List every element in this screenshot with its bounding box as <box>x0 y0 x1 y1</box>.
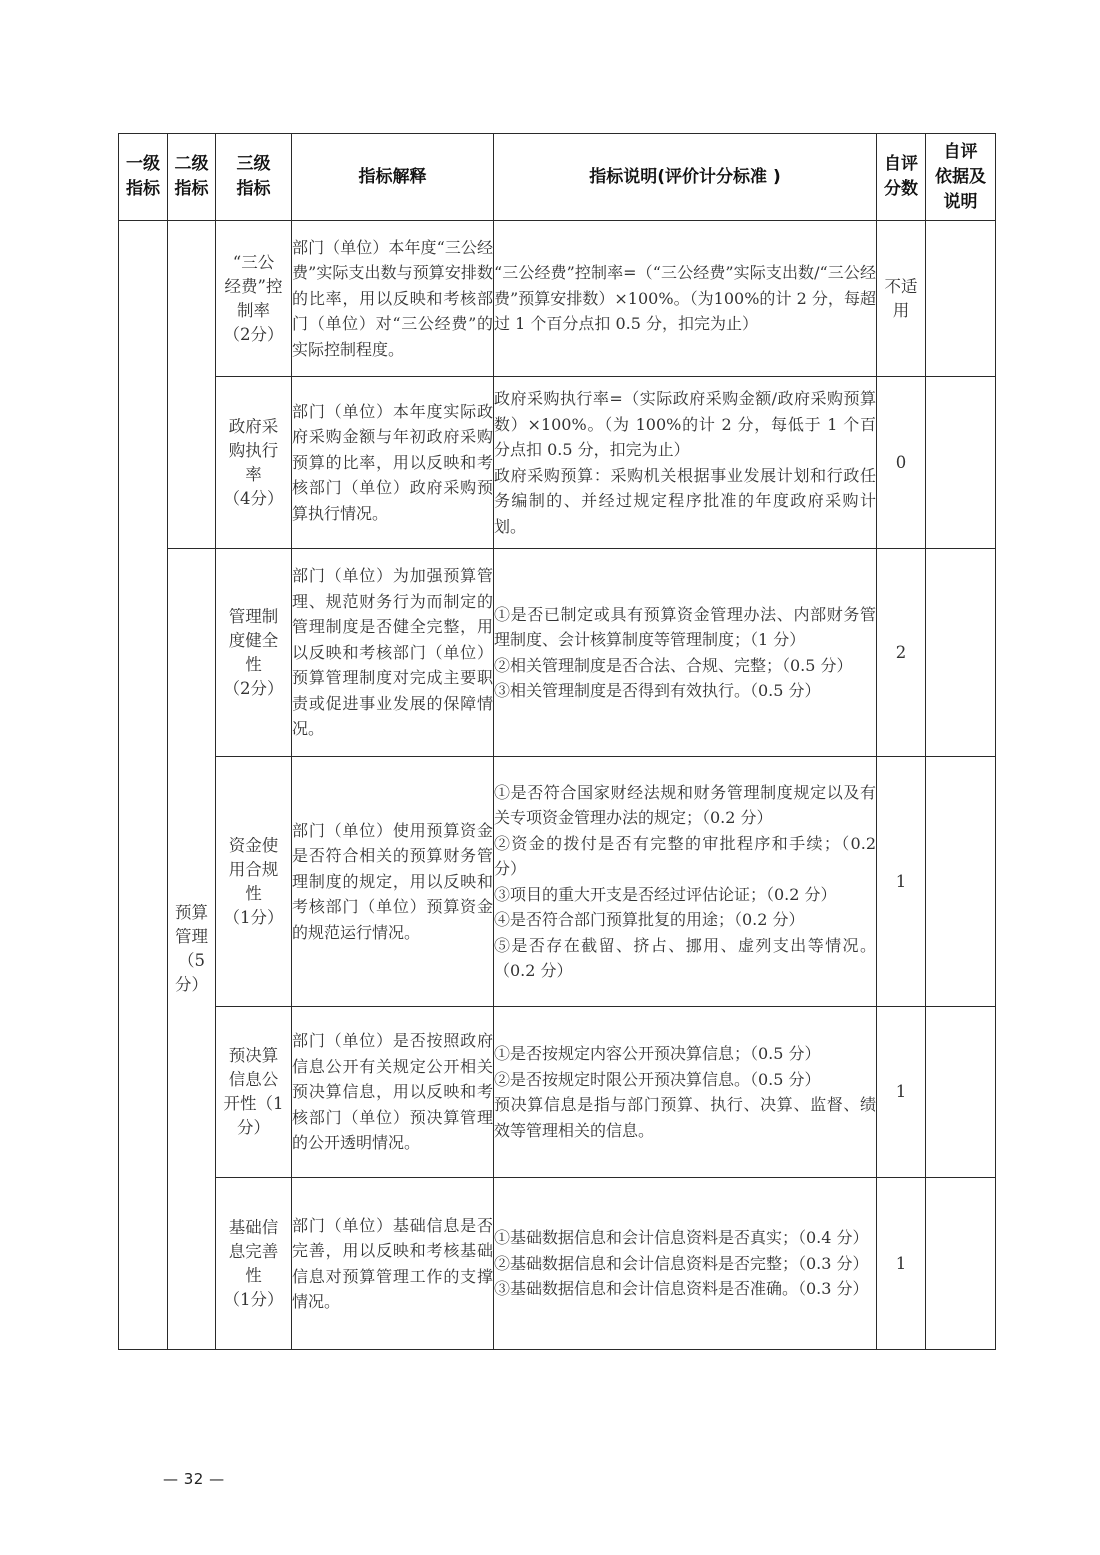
explanation-cell: 部门（单位）本年度“三公经费”实际支出数与预算安排数的比率，用以反映和考核部门（… <box>292 221 494 377</box>
criteria-cell: ①是否已制定或具有预算资金管理办法、内部财务管理制度、会计核算制度等管理制度；（… <box>494 549 877 757</box>
header-level3-indicator: 三级 指标 <box>216 134 292 221</box>
explanation-cell: 部门（单位）使用预算资金是否符合相关的预算财务管理制度的规定，用以反映和考核部门… <box>292 757 494 1007</box>
explanation-cell: 部门（单位）为加强预算管理、规范财务行为而制定的管理制度是否健全完整，用以反映和… <box>292 549 494 757</box>
basis-cell <box>926 1178 996 1350</box>
basis-cell <box>926 1007 996 1178</box>
table-row: 预决算 信息公 开性（1 分） 部门（单位）是否按照政府信息公开有关规定公开相关… <box>119 1007 996 1178</box>
header-explanation: 指标解释 <box>292 134 494 221</box>
level3-cell: 基础信 息完善 性 （1分） <box>216 1178 292 1350</box>
header-level1-indicator: 一级 指标 <box>119 134 168 221</box>
explanation-cell: 部门（单位）本年度实际政府采购金额与年初政府采购预算的比率，用以反映和考核部门（… <box>292 377 494 549</box>
score-cell: 2 <box>877 549 926 757</box>
evaluation-table: 一级 指标 二级 指标 三级 指标 指标解释 指标说明(评价计分标准 ) 自评 … <box>118 133 996 1350</box>
criteria-cell: ①是否按规定内容公开预决算信息；（0.5 分） ②是否按规定时限公开预决算信息。… <box>494 1007 877 1178</box>
score-cell: 0 <box>877 377 926 549</box>
table-row: 预算 管理 （5 分） 管理制 度健全 性 （2分） 部门（单位）为加强预算管理… <box>119 549 996 757</box>
header-self-basis: 自评 依据及 说明 <box>926 134 996 221</box>
header-row: 一级 指标 二级 指标 三级 指标 指标解释 指标说明(评价计分标准 ) 自评 … <box>119 134 996 221</box>
criteria-cell: 政府采购执行率=（实际政府采购金额/政府采购预算数）×100%。（为 100%的… <box>494 377 877 549</box>
header-level2-indicator: 二级 指标 <box>168 134 216 221</box>
table-row: 资金使 用合规 性 （1分） 部门（单位）使用预算资金是否符合相关的预算财务管理… <box>119 757 996 1007</box>
basis-cell <box>926 757 996 1007</box>
level3-cell: 预决算 信息公 开性（1 分） <box>216 1007 292 1178</box>
explanation-cell: 部门（单位）是否按照政府信息公开有关规定公开相关预决算信息，用以反映和考核部门（… <box>292 1007 494 1178</box>
level3-cell: 管理制 度健全 性 （2分） <box>216 549 292 757</box>
basis-cell <box>926 221 996 377</box>
score-cell: 1 <box>877 1007 926 1178</box>
header-criteria: 指标说明(评价计分标准 ) <box>494 134 877 221</box>
criteria-cell: ①是否符合国家财经法规和财务管理制度规定以及有关专项资金管理办法的规定；（0.2… <box>494 757 877 1007</box>
level2-cell-continued <box>168 221 216 549</box>
score-cell: 1 <box>877 757 926 1007</box>
level3-cell: 政府采 购执行 率 （4分） <box>216 377 292 549</box>
table-row: 政府采 购执行 率 （4分） 部门（单位）本年度实际政府采购金额与年初政府采购预… <box>119 377 996 549</box>
table-row: “三公 经费”控 制率 （2分） 部门（单位）本年度“三公经费”实际支出数与预算… <box>119 221 996 377</box>
score-cell: 不适 用 <box>877 221 926 377</box>
level3-cell: 资金使 用合规 性 （1分） <box>216 757 292 1007</box>
table-row: 基础信 息完善 性 （1分） 部门（单位）基础信息是否完善，用以反映和考核基础信… <box>119 1178 996 1350</box>
score-cell: 1 <box>877 1178 926 1350</box>
basis-cell <box>926 377 996 549</box>
criteria-cell: ①基础数据信息和会计信息资料是否真实；（0.4 分） ②基础数据信息和会计信息资… <box>494 1178 877 1350</box>
basis-cell <box>926 549 996 757</box>
level3-cell: “三公 经费”控 制率 （2分） <box>216 221 292 377</box>
header-self-score: 自评 分数 <box>877 134 926 221</box>
page-number: — 32 — <box>163 1470 225 1488</box>
level1-cell <box>119 221 168 1350</box>
explanation-cell: 部门（单位）基础信息是否完善，用以反映和考核基础信息对预算管理工作的支撑情况。 <box>292 1178 494 1350</box>
level2-cell-budget-management: 预算 管理 （5 分） <box>168 549 216 1350</box>
criteria-cell: “三公经费”控制率=（“三公经费”实际支出数/“三公经费”预算安排数）×100%… <box>494 221 877 377</box>
document-page: 一级 指标 二级 指标 三级 指标 指标解释 指标说明(评价计分标准 ) 自评 … <box>0 0 1100 1555</box>
